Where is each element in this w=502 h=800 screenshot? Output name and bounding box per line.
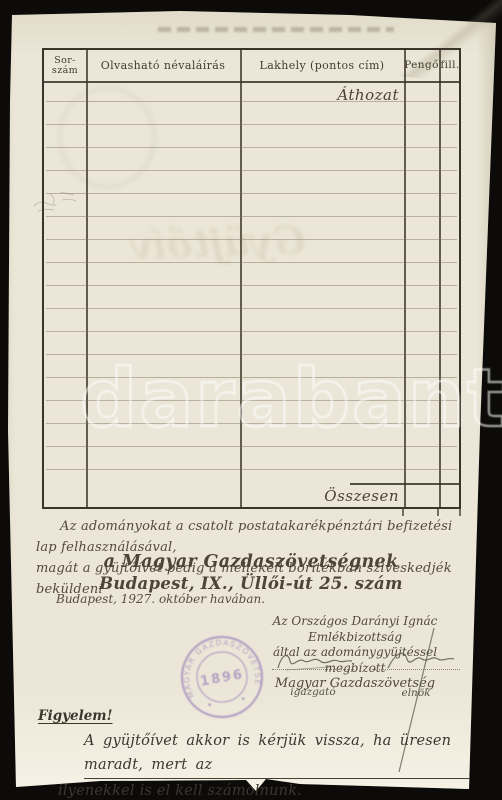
bleed-through-typed-line: [158, 27, 394, 32]
column-header-filler: fill.: [439, 50, 461, 82]
signature-label-president: elnök: [372, 687, 460, 699]
table-row-line: [46, 147, 457, 148]
recipient-name: a Magyar Gazdaszövetségnek: [36, 551, 466, 573]
column-header-address: Lakhely (pontos cím): [240, 50, 404, 82]
table-row-line: [46, 193, 457, 194]
table-row-line: [46, 170, 457, 171]
table-row-line: [46, 308, 457, 309]
table-row-line: [46, 216, 457, 217]
signature-director: [272, 648, 358, 674]
attention-paragraph: A gyüjtőívet akkor is kérjük vissza, ha …: [58, 729, 470, 800]
rubber-stamp: MAGYAR GAZDASZÖVETSÉG 1896: [169, 624, 276, 731]
table-row-line: [46, 124, 457, 125]
table-row-line: [46, 285, 457, 286]
table-row-line: [46, 469, 457, 470]
attention-line2: ilyenekkel is el kell számolnunk.: [58, 779, 302, 800]
stamp-year: 1896: [199, 667, 245, 689]
signature-dotted-line-left: [272, 669, 354, 670]
darabanth-watermark: darabanth: [80, 352, 502, 452]
total-label: Összesen: [244, 487, 399, 505]
table-row-line: [46, 101, 457, 102]
date-line: Budapest, 1927. október havában.: [56, 592, 265, 606]
attention-heading: Figyelem!: [38, 708, 113, 724]
column-header-name: Olvasható névaláírás: [86, 50, 240, 82]
column-header-pengo: Pengő: [404, 50, 439, 82]
attention-line1: A gyüjtőívet akkor is kérjük vissza, ha …: [84, 729, 470, 779]
column-header-sorszam: Sor- szám: [44, 50, 86, 82]
table-row-line: [46, 262, 457, 263]
table-row-line: [46, 239, 457, 240]
table-line-stub: [402, 509, 404, 516]
pencil-margin-note: [30, 184, 90, 218]
recipient-block: a Magyar Gazdaszövetségnek Budapest, IX.…: [36, 551, 466, 595]
table-total-separator: [350, 483, 459, 485]
signature-dotted-line-right: [372, 669, 460, 670]
table-line-stub: [437, 509, 439, 516]
column-header-sorszam-line2: szám: [52, 66, 78, 76]
table-row-line: [46, 331, 457, 332]
signature-label-director: igazgató: [272, 686, 354, 698]
table-line-stub: [459, 509, 461, 516]
